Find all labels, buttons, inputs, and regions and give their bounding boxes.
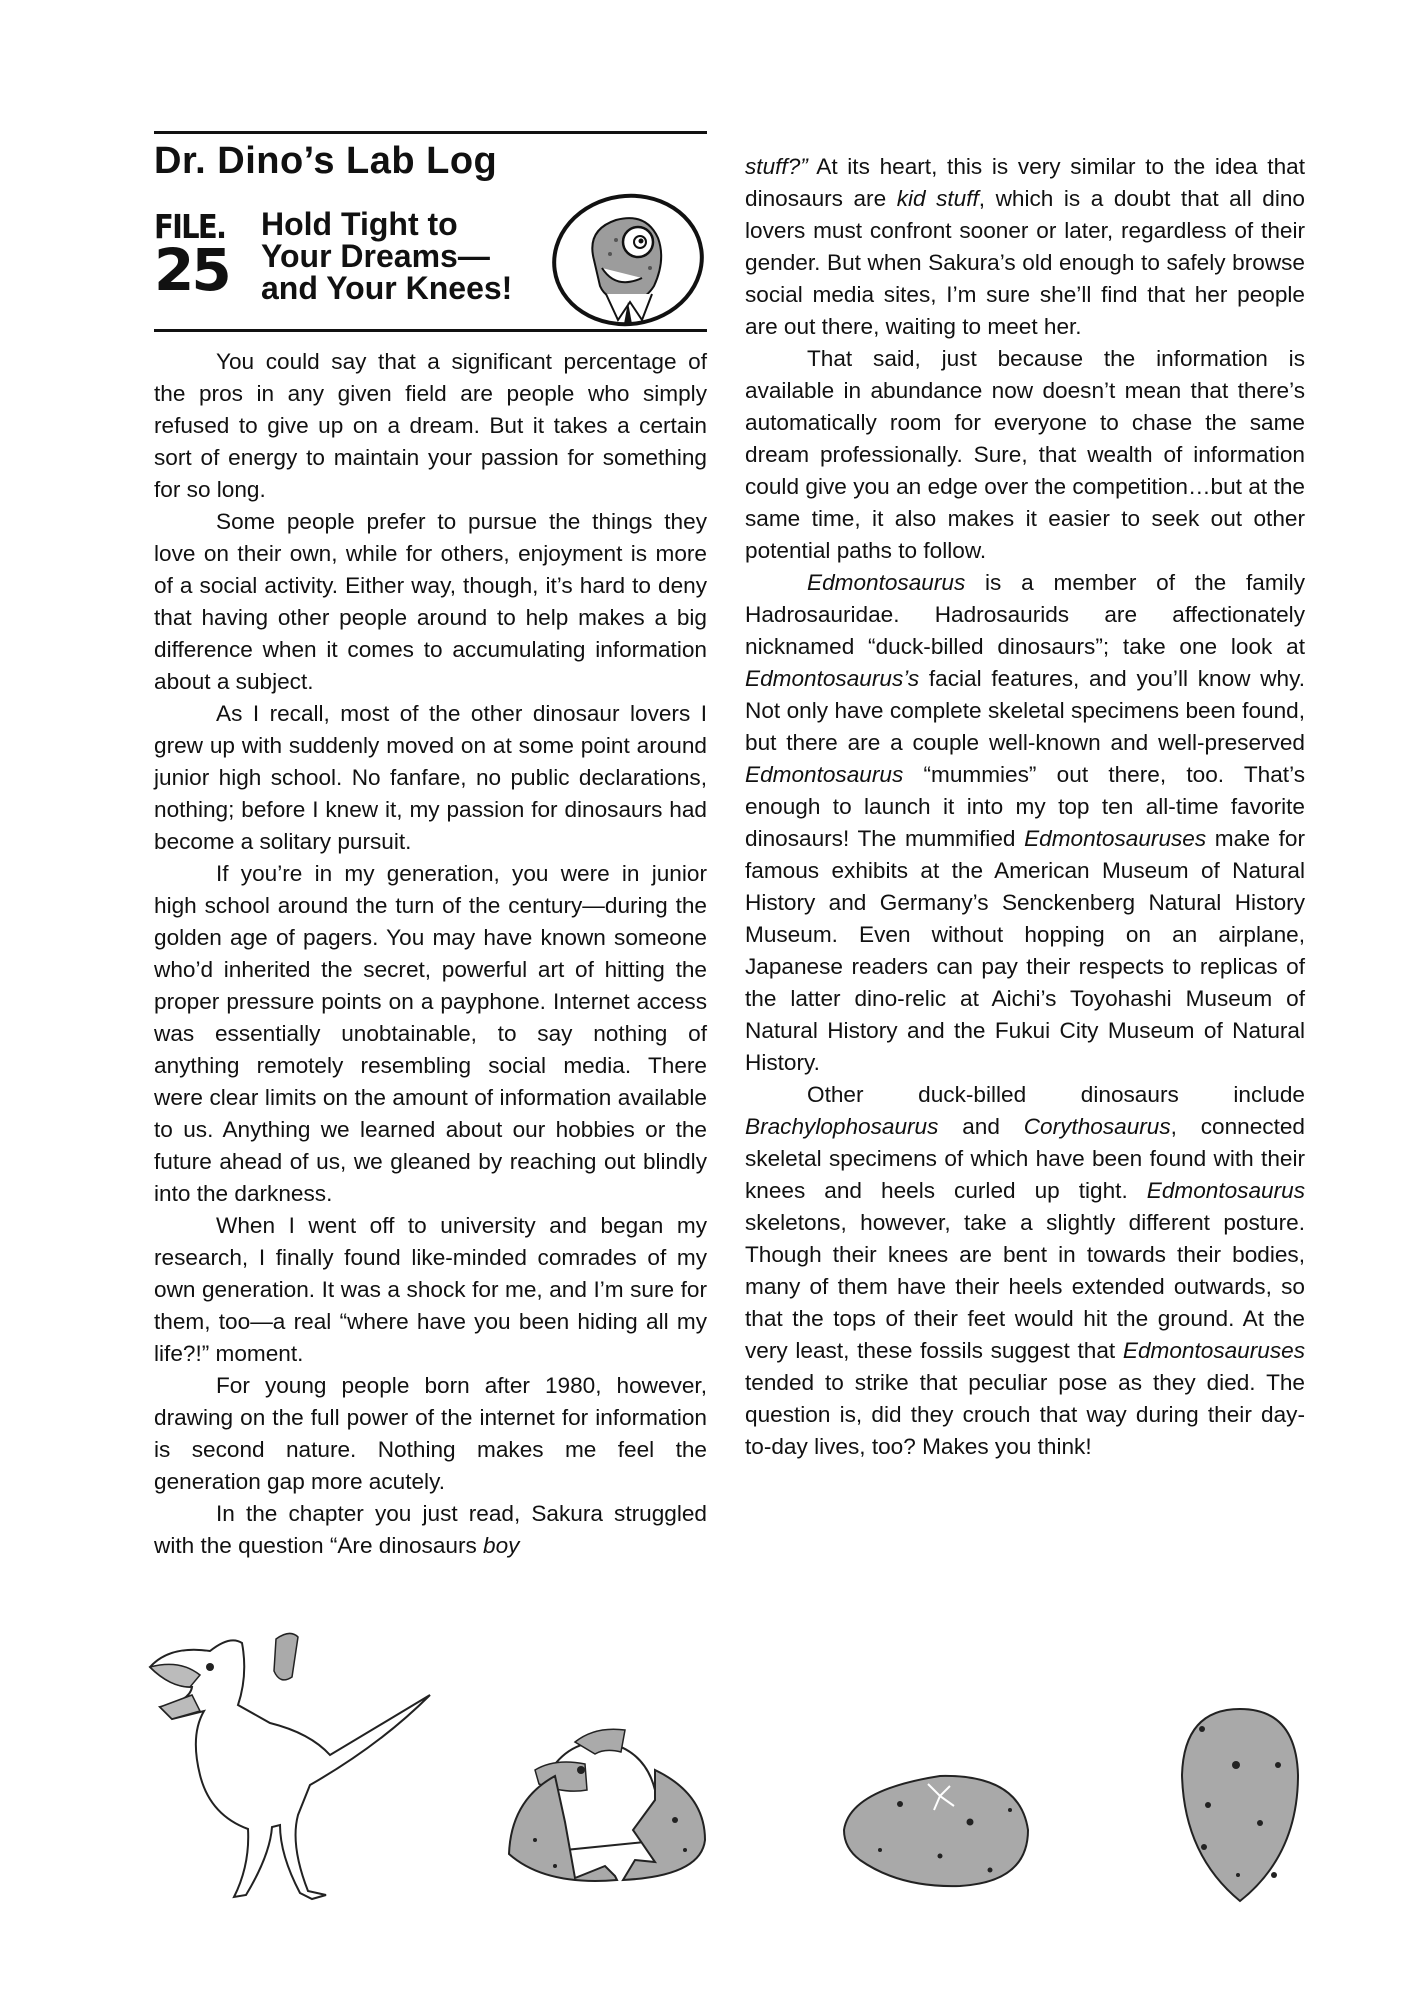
hatching-dinosaur-illustration: [505, 1690, 720, 1900]
italic-term: Edmontosaurus: [1147, 1178, 1305, 1203]
italic-term: Edmontosauruses: [1123, 1338, 1305, 1363]
text-run: Some people prefer to pursue the things …: [154, 509, 707, 694]
italic-term: boy: [483, 1533, 519, 1558]
italic-term: Edmontosaurus’s: [745, 666, 919, 691]
italic-term: Corythosaurus: [1024, 1114, 1171, 1139]
italic-term: Edmontosaurus: [745, 762, 903, 787]
italic-term: Edmontosauruses: [1024, 826, 1206, 851]
paragraph: As I recall, most of the other dinosaur …: [154, 698, 707, 858]
chapter-title: Hold Tight to Your Dreams— and Your Knee…: [261, 208, 512, 304]
paragraph: If you’re in my generation, you were in …: [154, 858, 707, 1210]
cracked-egg-illustration: [840, 1770, 1040, 1895]
paragraph: That said, just because the information …: [745, 343, 1305, 567]
paragraph: In the chapter you just read, Sakura str…: [154, 1498, 707, 1562]
paragraph: You could say that a significant percent…: [154, 346, 707, 506]
dr-dino-mascot-icon: [546, 190, 706, 330]
text-run: tended to strike that peculiar pose as t…: [745, 1370, 1305, 1459]
series-title: Dr. Dino’s Lab Log: [154, 140, 497, 183]
italic-term: stuff?”: [745, 154, 808, 179]
paragraph: stuff?” At its heart, this is very simil…: [745, 151, 1305, 343]
paragraph: Edmontosaurus is a member of the family …: [745, 567, 1305, 1079]
book-page: Dr. Dino’s Lab Log FILE. 25 Hold Tight t…: [0, 0, 1424, 2000]
right-body-text: stuff?” At its heart, this is very simil…: [745, 151, 1305, 1463]
italic-term: Brachylophosaurus: [745, 1114, 938, 1139]
header-bottom-rule: [154, 329, 707, 332]
italic-term: Edmontosaurus: [807, 570, 965, 595]
text-run: If you’re in my generation, you were in …: [154, 861, 707, 1206]
left-body-text: You could say that a significant percent…: [154, 346, 707, 1562]
paragraph: For young people born after 1980, howeve…: [154, 1370, 707, 1498]
file-number-block: FILE. 25: [154, 210, 244, 296]
right-text-column: stuff?” At its heart, this is very simil…: [745, 151, 1305, 1463]
chapter-title-line: and Your Knees!: [261, 272, 512, 304]
paragraph: When I went off to university and began …: [154, 1210, 707, 1370]
text-run: In the chapter you just read, Sakura str…: [154, 1501, 707, 1558]
text-run: As I recall, most of the other dinosaur …: [154, 701, 707, 854]
text-run: Other duck-billed dinosaurs include: [807, 1082, 1305, 1107]
text-run: You could say that a significant percent…: [154, 349, 707, 502]
italic-term: kid stuff: [897, 186, 979, 211]
text-run: For young people born after 1980, howeve…: [154, 1373, 707, 1494]
text-run: make for famous exhibits at the American…: [745, 826, 1305, 1075]
walking-baby-dinosaur-illustration: [130, 1615, 460, 1915]
paragraph: Some people prefer to pursue the things …: [154, 506, 707, 698]
paragraph: Other duck-billed dinosaurs include Brac…: [745, 1079, 1305, 1463]
upright-egg-illustration: [1178, 1705, 1303, 1905]
chapter-title-line: Hold Tight to: [261, 208, 512, 240]
header-top-rule: [154, 131, 707, 134]
chapter-title-line: Your Dreams—: [261, 240, 512, 272]
file-label: FILE.: [154, 210, 233, 244]
text-run: When I went off to university and began …: [154, 1213, 707, 1366]
text-run: and: [938, 1114, 1023, 1139]
file-number: 25: [154, 244, 244, 296]
text-run: That said, just because the information …: [745, 346, 1305, 563]
